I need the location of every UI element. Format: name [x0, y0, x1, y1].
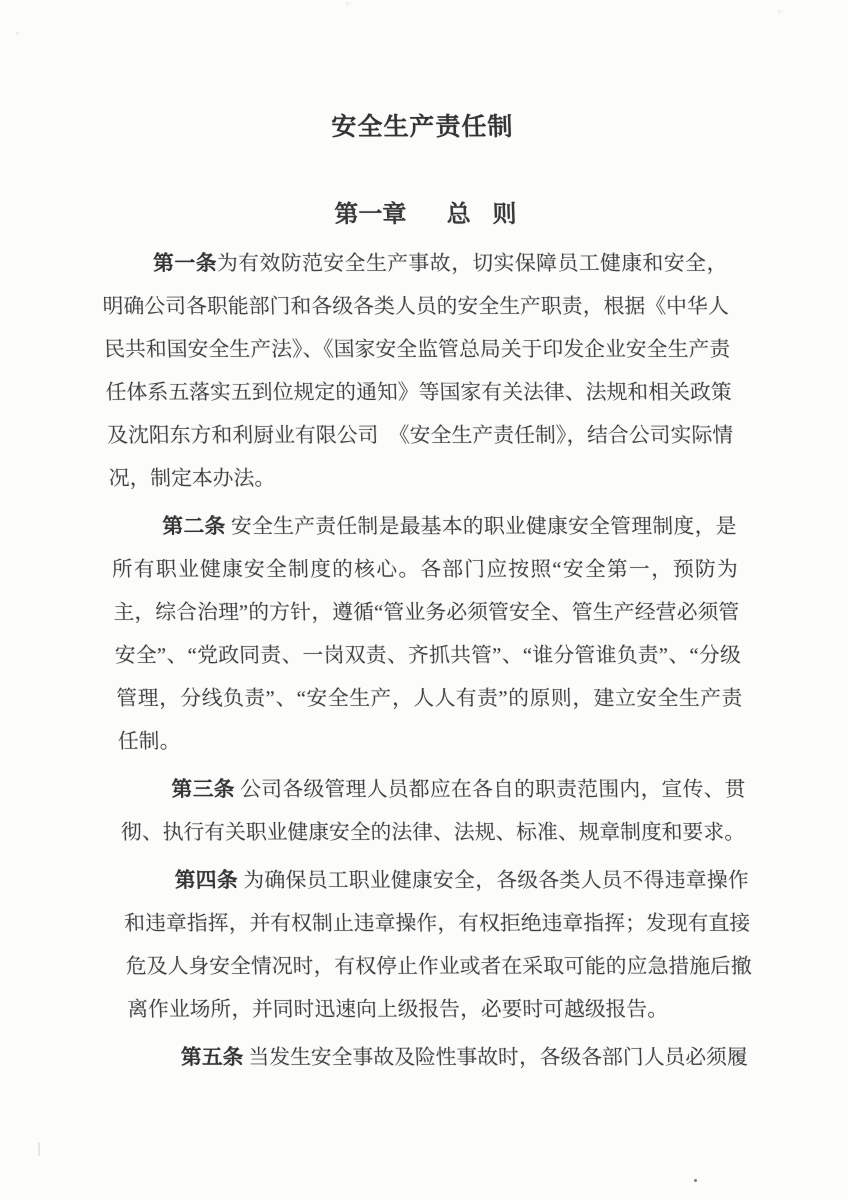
scan-speck — [346, 2, 349, 5]
scan-speck — [16, 32, 19, 35]
article-paragraph: 第二条 安全生产责任制是最基本的职业健康安全管理制度，是所有职业健康安全制度的核… — [110, 505, 745, 763]
document-title: 安全生产责任制 — [122, 112, 723, 142]
chapter-name-first: 总 — [446, 200, 471, 228]
article-label: 第二条 — [162, 515, 226, 538]
article-paragraph: 第五条 当发生安全事故及险性事故时，各级各部门人员必须履 — [128, 1036, 756, 1079]
articles-body: 第一条为有效防范安全生产事故，切实保障员工健康和安全，明确公司各职能部门和各级各… — [100, 242, 755, 1079]
article-text: 当发生安全事故及险性事故时，各级各部门人员必须履 — [243, 1046, 748, 1069]
article-label: 第五条 — [181, 1046, 244, 1069]
article-paragraph: 第四条 为确保员工职业健康安全，各级各类人员不得违章操作和违章指挥，并有权制止违… — [122, 859, 754, 1031]
document-sheet: 安全生产责任制 第一章总则 第一条为有效防范安全生产事故，切实保障员工健康和安全… — [92, 0, 756, 1084]
article-text: 为有效防范安全生产事故，切实保障员工健康和安全，明确公司各职能部门和各级各类人员… — [102, 252, 733, 490]
article-label: 第四条 — [174, 869, 238, 892]
scan-speck — [694, 1179, 697, 1182]
chapter-name-second: 则 — [492, 200, 517, 228]
scanned-document-page: 安全生产责任制 第一章总则 第一条为有效防范安全生产事故，切实保障员工健康和安全… — [0, 0, 848, 1200]
article-label: 第一条 — [153, 252, 218, 275]
chapter-number: 第一章 — [334, 200, 407, 228]
chapter-heading: 第一章总则 — [125, 200, 726, 228]
article-paragraph: 第一条为有效防范安全生产事故，切实保障员工健康和安全，明确公司各职能部门和各级各… — [100, 242, 735, 500]
article-text: 安全生产责任制是最基本的职业健康安全管理制度，是所有职业健康安全制度的核心。各部… — [111, 515, 742, 753]
scan-speck — [778, 10, 781, 13]
scan-speck — [38, 1142, 40, 1156]
article-label: 第三条 — [171, 778, 235, 801]
article-paragraph: 第三条 公司各级管理人员都应在各自的职责范围内，宣传、贯彻、执行有关职业健康安全… — [119, 768, 748, 854]
